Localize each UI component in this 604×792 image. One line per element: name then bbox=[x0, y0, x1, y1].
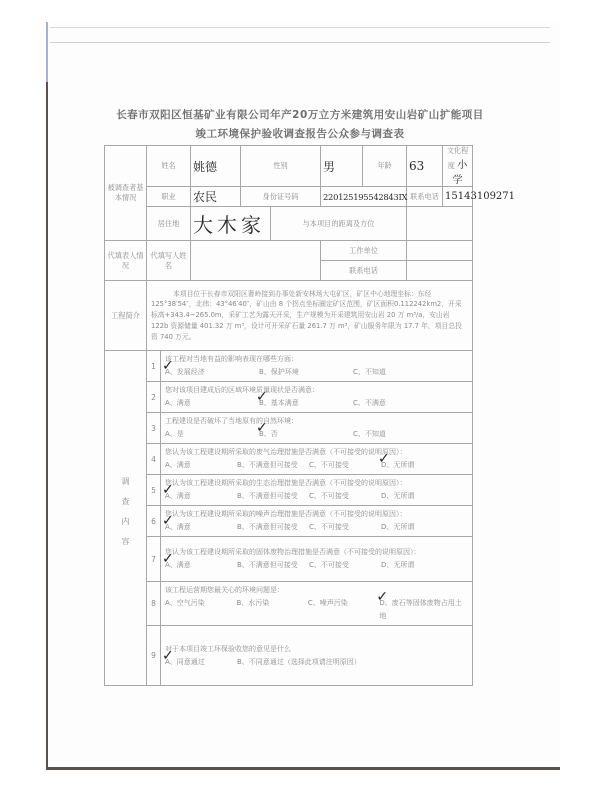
question-cell: 该工程对当地有益的影响表现在哪些方面：A、发展经济✓B、保护环境C、不知道 bbox=[161, 351, 473, 382]
proxy-name-value[interactable] bbox=[191, 241, 321, 281]
question-cell: 该工程运营期您最关心的环境问题是：A、空气污染B、水污染C、噪声污染D、废石等固… bbox=[161, 582, 473, 626]
answer-option[interactable]: A、空气污染 bbox=[165, 597, 236, 623]
answer-option[interactable]: A、发展经济✓ bbox=[165, 366, 259, 379]
phone-label: 联系电话 bbox=[407, 187, 443, 207]
respondent-section-label: 被调查者基本情况 bbox=[105, 146, 147, 241]
question-row: 4您认为该工程建设期所采取的废气治理措施是否满意（不可接受的说明原因）：A、满意… bbox=[105, 444, 473, 475]
question-cell: 您认为该工程建设期所采取的噪声治理措施是否满意（不可接受的说明原因）：A、满意✓… bbox=[161, 506, 473, 537]
checkmark-icon: ✓ bbox=[162, 360, 174, 373]
question-row: 9对于本项目竣工环保验收您的意见是什么A、同意通过✓B、不同意通过（选择此项请注… bbox=[105, 626, 473, 686]
checkmark-icon: ✓ bbox=[376, 591, 388, 604]
proxy-name-label: 代填写人姓名 bbox=[147, 241, 191, 281]
occupation-label: 职业 bbox=[147, 187, 191, 207]
document-subtitle: 竣工环境保护验收调查报告公众参与调查表 bbox=[100, 126, 500, 141]
question-text: 您对该项目建成后的区域环境质量现状是否满意： bbox=[165, 384, 468, 397]
id-value[interactable]: 220125195542843IX bbox=[321, 187, 407, 207]
document-title: 长春市双阳区恒基矿业有限公司年产20万立方米建筑用安山岩矿山扩能项目 bbox=[100, 107, 500, 122]
answer-option[interactable]: C、不可接受 bbox=[309, 459, 381, 472]
question-text: 您认为该工程建设期所采取的生态治理措施是否满意（不可接受的说明原因）： bbox=[165, 477, 468, 490]
question-row: 8该工程运营期您最关心的环境问题是：A、空气污染B、水污染C、噪声污染D、废石等… bbox=[105, 582, 473, 626]
question-cell: 对于本项目竣工环保验收您的意见是什么A、同意通过✓B、不同意通过（选择此项请注明… bbox=[161, 626, 473, 686]
id-label: 身份证号码 bbox=[241, 187, 321, 207]
answer-option[interactable]: C、不可接受 bbox=[309, 490, 381, 503]
question-number: 3 bbox=[147, 413, 161, 444]
question-text: 该工程运营期您最关心的环境问题是： bbox=[165, 584, 468, 597]
survey-form: 被调查者基本情况 姓名 姚德 性别 男 年龄 63 文化程度 小学 职业 农民 … bbox=[104, 145, 473, 686]
answer-option[interactable]: A、满意✓ bbox=[165, 559, 237, 572]
answer-option[interactable]: D、无所谓 bbox=[381, 559, 453, 572]
question-row: 调查内容1该工程对当地有益的影响表现在哪些方面：A、发展经济✓B、保护环境C、不… bbox=[105, 351, 473, 382]
question-number: 5 bbox=[147, 475, 161, 506]
answer-option[interactable]: C、不可接受 bbox=[309, 559, 381, 572]
answer-option[interactable]: B、否✓ bbox=[259, 428, 353, 441]
checkmark-icon: ✓ bbox=[162, 515, 174, 528]
answer-option[interactable]: A、同意通过✓ bbox=[165, 656, 237, 669]
age-label: 年龄 bbox=[363, 146, 407, 187]
answer-option[interactable]: D、无所谓 bbox=[381, 521, 453, 534]
answer-option[interactable]: C、不知道 bbox=[353, 366, 447, 379]
question-number: 4 bbox=[147, 444, 161, 475]
survey-section-label: 调查内容 bbox=[105, 351, 147, 686]
answer-option[interactable]: C、不知道 bbox=[353, 428, 447, 441]
checkmark-icon: ✓ bbox=[256, 391, 268, 404]
question-number: 9 bbox=[147, 626, 161, 686]
question-text: 该工程对当地有益的影响表现在哪些方面： bbox=[165, 353, 468, 366]
question-text: 您认为该工程建设期所采取的废气治理措施是否满意（不可接受的说明原因）： bbox=[165, 446, 468, 459]
distance-value[interactable] bbox=[407, 207, 473, 241]
checkmark-icon: ✓ bbox=[162, 650, 174, 663]
project-summary: 本项目位于长春市双阳区奢岭接到办事处新安林场大屯矿区，矿区中心地理坐标：东经 1… bbox=[147, 281, 473, 351]
question-cell: 您认为该工程建设期所采取的固体废物治理措施是否满意（不可接受的说明原因）：A、满… bbox=[161, 537, 473, 582]
name-value[interactable]: 姚德 bbox=[191, 146, 241, 187]
question-number: 2 bbox=[147, 382, 161, 413]
scan-artifact-lines bbox=[50, 27, 550, 43]
answer-option[interactable]: D、废石等固体废物占用土地✓ bbox=[379, 597, 468, 623]
checkmark-icon: ✓ bbox=[378, 453, 390, 466]
question-number: 8 bbox=[147, 582, 161, 626]
answer-option[interactable]: A、满意 bbox=[165, 397, 259, 410]
answer-option[interactable]: B、保护环境 bbox=[259, 366, 353, 379]
question-number: 1 bbox=[147, 351, 161, 382]
name-label: 姓名 bbox=[147, 146, 191, 187]
question-text: 您认为该工程建设期所采取的固体废物治理措施是否满意（不可接受的说明原因）： bbox=[165, 546, 468, 559]
answer-option[interactable]: B、不满意但可接受 bbox=[237, 490, 309, 503]
education-value: 小学 bbox=[453, 160, 468, 186]
answer-option[interactable]: A、满意✓ bbox=[165, 521, 237, 534]
answer-option[interactable]: B、不满意但可接受 bbox=[237, 559, 309, 572]
checkmark-icon: ✓ bbox=[162, 484, 174, 497]
gender-label: 性别 bbox=[241, 146, 321, 187]
checkmark-icon: ✓ bbox=[162, 553, 174, 566]
answer-option[interactable]: C、噪声污染 bbox=[308, 597, 379, 623]
phone-value[interactable]: 15143109271 bbox=[443, 187, 473, 207]
question-text: 对于本项目竣工环保验收您的意见是什么 bbox=[165, 643, 468, 656]
answer-option[interactable]: D、无所谓 bbox=[381, 490, 453, 503]
scan-edge bbox=[46, 22, 48, 82]
question-cell: 您认为该工程建设期所采取的废气治理措施是否满意（不可接受的说明原因）：A、满意B… bbox=[161, 444, 473, 475]
question-row: 2您对该项目建成后的区域环境质量现状是否满意：A、满意B、基本满意✓C、不满意 bbox=[105, 382, 473, 413]
checkmark-icon: ✓ bbox=[256, 422, 268, 435]
gender-value[interactable]: 男 bbox=[321, 146, 363, 187]
occupation-value[interactable]: 农民 bbox=[191, 187, 241, 207]
answer-option[interactable]: A、是 bbox=[165, 428, 259, 441]
answer-option[interactable]: A、满意 bbox=[165, 459, 237, 472]
proxy-phone-label: 联系电话 bbox=[321, 261, 407, 281]
question-number: 6 bbox=[147, 506, 161, 537]
question-text: 工程建设是否破坏了当地原有的自然环境： bbox=[165, 415, 468, 428]
answer-option[interactable]: C、不满意 bbox=[353, 397, 447, 410]
answer-option[interactable]: C、不可接受 bbox=[309, 521, 381, 534]
question-row: 5您认为该工程建设期所采取的生态治理措施是否满意（不可接受的说明原因）：A、满意… bbox=[105, 475, 473, 506]
question-cell: 您对该项目建成后的区域环境质量现状是否满意：A、满意B、基本满意✓C、不满意 bbox=[161, 382, 473, 413]
question-text: 您认为该工程建设期所采取的噪声治理措施是否满意（不可接受的说明原因）： bbox=[165, 508, 468, 521]
answer-option[interactable]: B、不同意通过（选择此项请注明原因） bbox=[237, 656, 361, 669]
proxy-workplace-label: 工作单位 bbox=[321, 241, 407, 261]
residence-value[interactable]: 大木家 bbox=[191, 207, 271, 241]
proxy-section-label: 代填表人情况 bbox=[105, 241, 147, 281]
project-section-label: 工程简介 bbox=[105, 281, 147, 351]
answer-option[interactable]: A、满意✓ bbox=[165, 490, 237, 503]
question-row: 7您认为该工程建设期所采取的固体废物治理措施是否满意（不可接受的说明原因）：A、… bbox=[105, 537, 473, 582]
answer-option[interactable]: B、水污染 bbox=[236, 597, 307, 623]
proxy-phone-value[interactable] bbox=[407, 261, 473, 281]
distance-label: 与本项目的距离及方位 bbox=[271, 207, 407, 241]
question-row: 3工程建设是否破坏了当地原有的自然环境：A、是B、否✓C、不知道 bbox=[105, 413, 473, 444]
residence-label: 居住地 bbox=[147, 207, 191, 241]
question-row: 6您认为该工程建设期所采取的噪声治理措施是否满意（不可接受的说明原因）：A、满意… bbox=[105, 506, 473, 537]
answer-option[interactable]: D、无所谓✓ bbox=[381, 459, 453, 472]
answer-option[interactable]: B、不满意但可接受 bbox=[237, 459, 309, 472]
question-cell: 工程建设是否破坏了当地原有的自然环境：A、是B、否✓C、不知道 bbox=[161, 413, 473, 444]
age-value[interactable]: 63 bbox=[407, 146, 443, 187]
education-field[interactable]: 文化程度 小学 bbox=[443, 146, 473, 187]
question-cell: 您认为该工程建设期所采取的生态治理措施是否满意（不可接受的说明原因）：A、满意✓… bbox=[161, 475, 473, 506]
answer-option[interactable]: B、基本满意✓ bbox=[259, 397, 353, 410]
answer-option[interactable]: B、不满意但可接受 bbox=[237, 521, 309, 534]
proxy-workplace-value[interactable] bbox=[407, 241, 473, 261]
question-number: 7 bbox=[147, 537, 161, 582]
